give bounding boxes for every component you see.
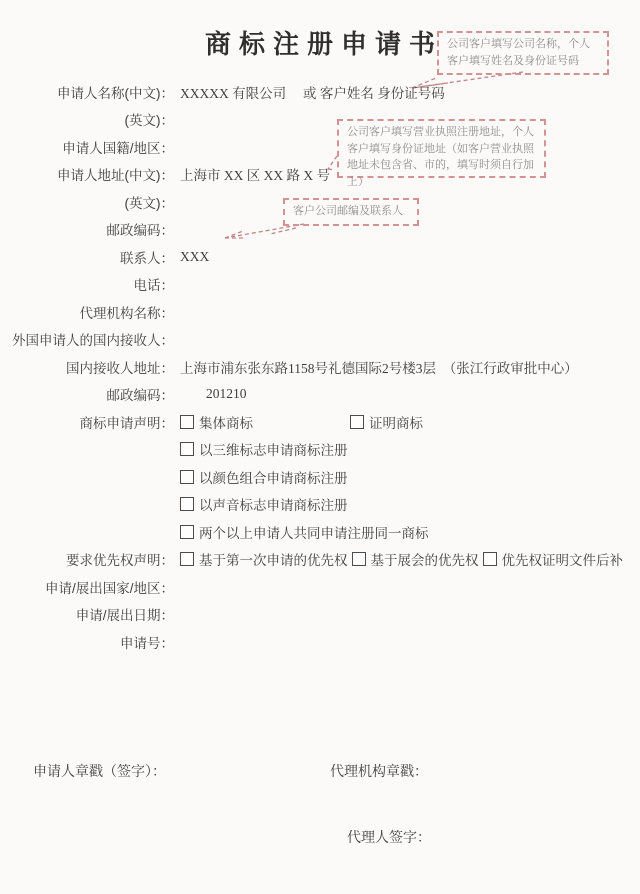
field-label: 申请人国籍/地区： — [0, 137, 174, 157]
checkbox-exhibition-priority[interactable] — [352, 552, 366, 566]
field-row-agency-name: 代理机构名称： — [0, 298, 640, 326]
declaration-row-3: 以颜色组合申请商标注册 — [0, 463, 640, 491]
field-value: 201210 — [206, 386, 247, 402]
field-row-domestic-receiver: 外国申请人的国内接收人： — [0, 326, 640, 354]
priority-option: 优先权证明文件后补 — [483, 549, 624, 569]
form-body: 申请人名称(中文)： XXXXX 有限公司 或 客户姓名 身份证号码 (英文)：… — [0, 78, 640, 656]
checkbox-label: 集体商标 — [199, 412, 253, 432]
field-label: 申请/展出国家/地区： — [0, 577, 174, 597]
priority-option: 基于展会的优先权 — [352, 549, 479, 569]
field-label: 联系人： — [0, 247, 174, 267]
field-row-priority-date: 申请/展出日期： — [0, 601, 640, 629]
field-label: 代理机构名称： — [0, 302, 174, 322]
field-row-applicant-name-en: (英文)： — [0, 106, 640, 134]
field-label: 国内接收人地址： — [0, 357, 174, 377]
declaration-row-1: 商标申请声明： 集体商标 证明商标 — [0, 408, 640, 436]
checkbox-label: 优先权证明文件后补 — [502, 549, 624, 569]
field-label: (英文)： — [0, 192, 174, 212]
checkbox-color-combination-mark[interactable] — [180, 470, 194, 484]
checkbox-certification-mark[interactable] — [350, 415, 364, 429]
declaration-row-2: 以三维标志申请商标注册 — [0, 436, 640, 464]
declaration-option: 以三维标志申请商标注册 — [180, 439, 348, 459]
field-label: (英文)： — [0, 109, 174, 129]
checkbox-label: 以三维标志申请商标注册 — [199, 439, 348, 459]
checkbox-joint-application[interactable] — [180, 525, 194, 539]
field-row-application-number: 申请号： — [0, 628, 640, 656]
declaration-row-5: 两个以上申请人共同申请注册同一商标 — [0, 518, 640, 546]
field-row-phone: 电话： — [0, 271, 640, 299]
declaration-option: 集体商标 — [180, 412, 350, 432]
checkbox-label: 以颜色组合申请商标注册 — [199, 467, 348, 487]
name-note-callout: 公司客户填写公司名称，个人客户填写姓名及身份证号码 — [437, 31, 609, 75]
section-label: 要求优先权声明： — [0, 549, 174, 569]
field-row-receiver-address: 国内接收人地址： 上海市浦东张东路1158号礼德国际2号楼3层 （张江行政审批中… — [0, 353, 640, 381]
declaration-option: 证明商标 — [350, 412, 423, 432]
priority-declaration-row: 要求优先权声明： 基于第一次申请的优先权 基于展会的优先权 优先权证明文件后补 — [0, 546, 640, 574]
checkbox-label: 两个以上申请人共同申请注册同一商标 — [199, 522, 429, 542]
field-label: 邮政编码： — [0, 384, 174, 404]
field-label: 申请人地址(中文)： — [0, 164, 174, 184]
agency-seal-label: 代理机构章戳： — [330, 761, 428, 781]
field-row-address-en: (英文)： — [0, 188, 640, 216]
checkbox-priority-document-later[interactable] — [483, 552, 497, 566]
field-label: 电话： — [0, 274, 174, 294]
checkbox-collective-mark[interactable] — [180, 415, 194, 429]
field-row-priority-country: 申请/展出国家/地区： — [0, 573, 640, 601]
declaration-option: 以颜色组合申请商标注册 — [180, 467, 348, 487]
field-row-nationality: 申请人国籍/地区： — [0, 133, 640, 161]
checkbox-label: 基于展会的优先权 — [371, 549, 479, 569]
field-value: XXXXX 有限公司 或 客户姓名 身份证号码 — [180, 82, 445, 102]
field-label: 申请人名称(中文)： — [0, 82, 174, 102]
field-label: 邮政编码： — [0, 219, 174, 239]
field-label: 外国申请人的国内接收人： — [0, 329, 174, 349]
checkbox-first-application-priority[interactable] — [180, 552, 194, 566]
field-row-address-cn: 申请人地址(中文)： 上海市 XX 区 XX 路 X 号 — [0, 161, 640, 189]
field-label: 申请/展出日期： — [0, 604, 174, 624]
field-row-contact-person: 联系人： XXX — [0, 243, 640, 271]
priority-option: 基于第一次申请的优先权 — [180, 549, 348, 569]
field-value: XXX — [180, 249, 209, 265]
checkbox-label: 基于第一次申请的优先权 — [199, 549, 348, 569]
declaration-row-4: 以声音标志申请商标注册 — [0, 491, 640, 519]
declaration-option: 两个以上申请人共同申请注册同一商标 — [180, 522, 429, 542]
field-label: 申请号： — [0, 632, 174, 652]
declaration-option: 以声音标志申请商标注册 — [180, 494, 348, 514]
checkbox-3d-mark[interactable] — [180, 442, 194, 456]
checkbox-sound-mark[interactable] — [180, 497, 194, 511]
field-value: 上海市浦东张东路1158号礼德国际2号楼3层 （张江行政审批中心） — [180, 357, 578, 377]
section-label: 商标申请声明： — [0, 412, 174, 432]
applicant-seal-label: 申请人章戳（签字）： — [33, 761, 166, 781]
agent-signature-label: 代理人签字： — [347, 827, 431, 847]
checkbox-label: 证明商标 — [369, 412, 423, 432]
field-row-applicant-name-cn: 申请人名称(中文)： XXXXX 有限公司 或 客户姓名 身份证号码 — [0, 78, 640, 106]
checkbox-label: 以声音标志申请商标注册 — [199, 494, 348, 514]
field-row-receiver-postcode: 邮政编码： 201210 — [0, 381, 640, 409]
field-value: 上海市 XX 区 XX 路 X 号 — [180, 164, 330, 184]
field-row-postcode: 邮政编码： — [0, 216, 640, 244]
trademark-application-form: 商标注册申请书 公司客户填写公司名称，个人客户填写姓名及身份证号码 公司客户填写… — [0, 0, 640, 894]
